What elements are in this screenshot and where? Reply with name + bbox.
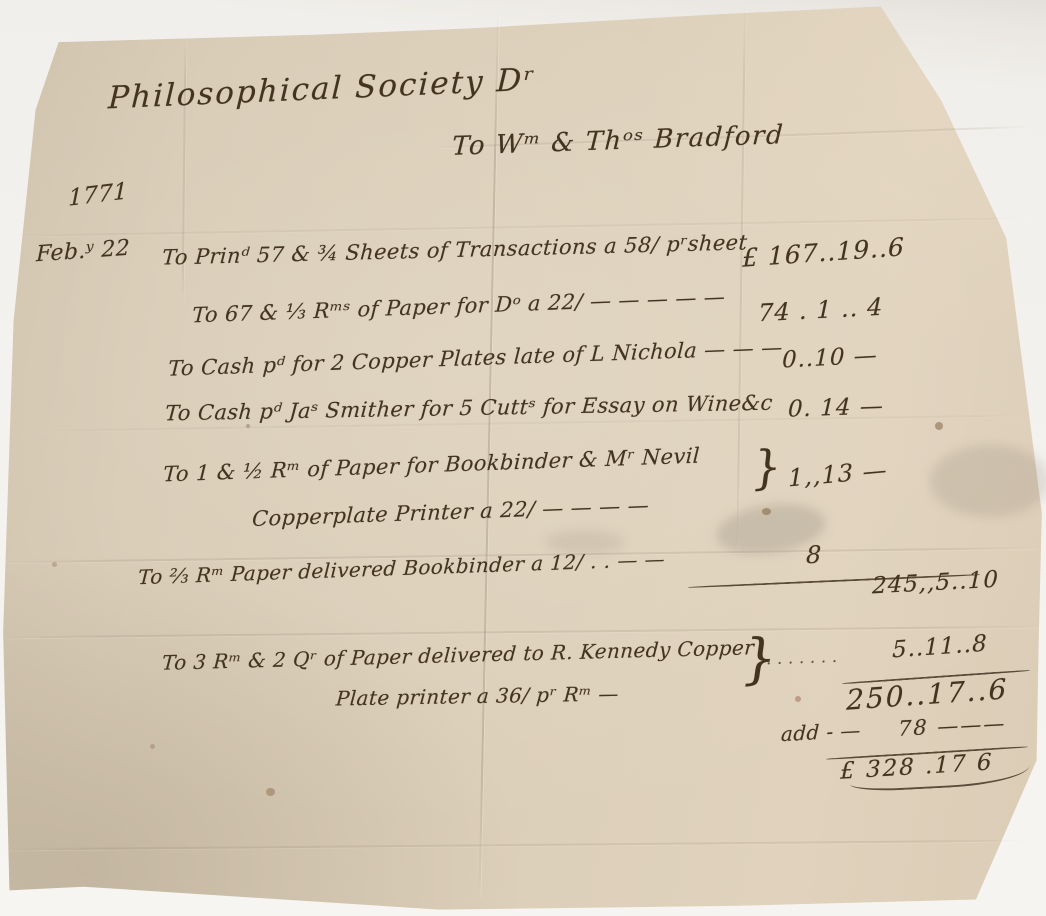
entry-amount: 74 . 1 .. 4 [758,295,884,326]
entry-amount: 0. 14 — [788,395,885,421]
add-label: add - — [781,720,861,744]
dotted-leader: . . . . . . . [766,649,838,667]
photo-background: Philosophical Society Dʳ To Wᵐ & Thᵒˢ Br… [0,0,1046,916]
entry-description-cont: Plate printer a 36/ pʳ Rᵐ — [335,684,619,709]
entry-amount: 0..10 — [782,344,878,372]
add-amount: 78 ——— [898,713,1007,740]
brace-mark: } [750,443,783,491]
entry-amount: 8 [806,543,822,568]
